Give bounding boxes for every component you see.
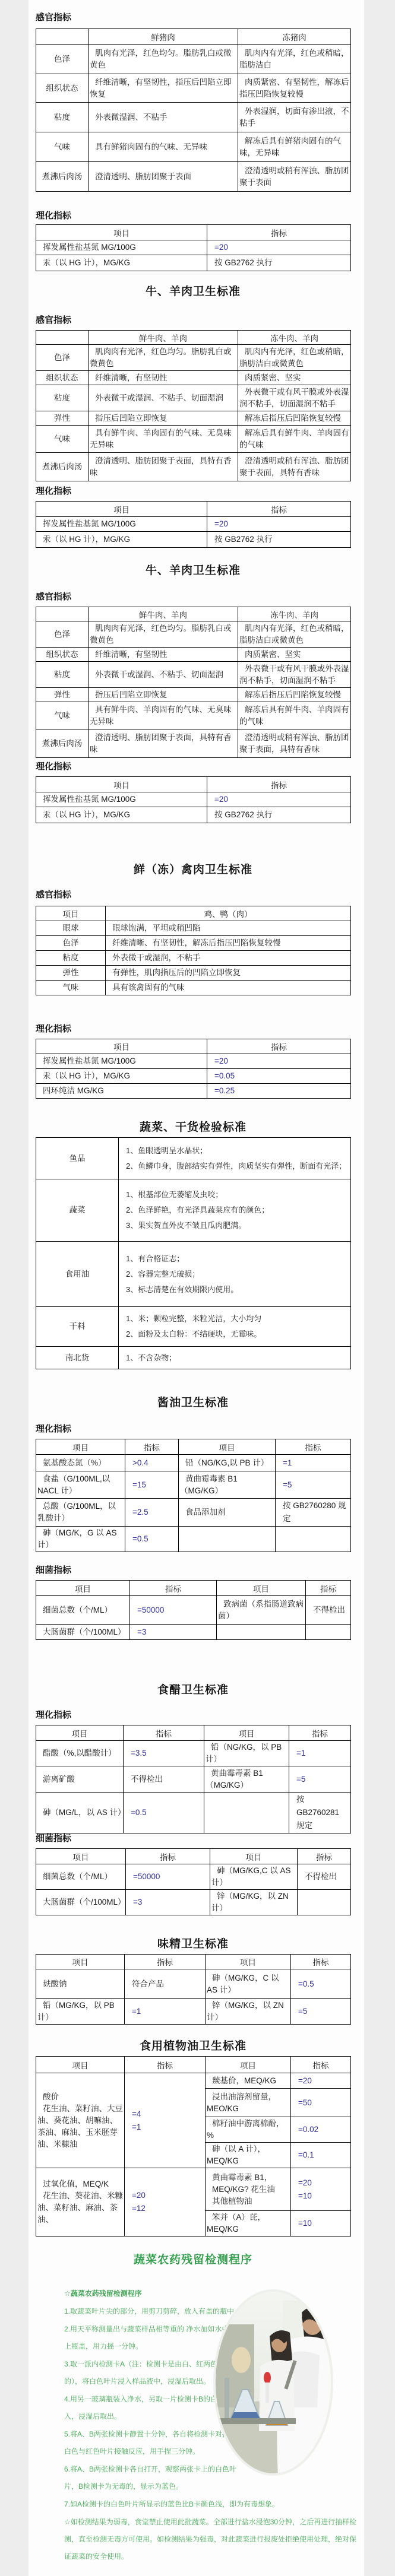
table-cell: 指标 (207, 502, 351, 517)
table-cell: 组织状态 (36, 371, 89, 385)
title-vinegar: 食醋卫生标准 (36, 1681, 350, 1697)
table-cell: 指标 (276, 1439, 351, 1455)
table-cell: 汞（以 HG 计），MG/KG (36, 532, 207, 548)
table-cell: 外表微干或湿润、不粘手、切面湿润 (89, 662, 238, 688)
beef-sensory-table-1: 鲜牛肉、羊肉冻牛肉、羊肉色泽肌肉肉有光泽，红色均匀。脂肪乳白或微黄色肌肉内有光泽… (36, 330, 350, 481)
table-cell: 冻猪肉 (238, 29, 351, 45)
table-cell: 澄清透明或稍有浑浊、脂肪团聚于表面，具特有香味 (238, 729, 351, 758)
table-cell: =1 (289, 1741, 351, 1766)
table-cell: =5 (289, 1766, 351, 1793)
table-cell: =3.5 (124, 1741, 204, 1766)
table-cell: 按 GB2762 执行 (207, 807, 351, 823)
section-heading-bacteria: 细菌指标 (36, 1832, 350, 1844)
table-cell: 1、有合格证志；2、容器完整无破损；3、标志清楚在有效期限内使用。 (119, 1242, 351, 1307)
table-cell (36, 331, 89, 345)
table-cell: 砷（MG/K，G 以 AS 计） (36, 1527, 125, 1552)
table-cell: 指压后凹陷立即恢复 (89, 411, 238, 426)
oil-standard-table-grid: 项目指标项目指标酸价花生油、菜籽油、大豆油、葵花油、胡嘛油、茶油、麻油、玉米胚芽… (36, 2056, 351, 2236)
lab-photo (213, 2289, 334, 2476)
table-cell: =20 (207, 517, 351, 532)
vinegar-bacteria-table: 项目指标项目指标细菌总数（个/ML）=50000砷（MG/KG,C 以 AS 计… (36, 1848, 350, 1915)
table-cell: 解冻后具有鲜牛肉、羊肉固有的气味 (238, 702, 351, 729)
table-cell: =50000 (126, 1864, 210, 1890)
table-cell: 指标 (124, 1725, 204, 1741)
table-cell: 色泽 (36, 621, 89, 648)
table-cell: 有弹性，肌肉指压后的凹陷立即恢复 (106, 966, 351, 981)
table-cell: 项目 (36, 1955, 125, 1969)
table-cell: 砷（以 A 计），MEQ/KG (206, 2143, 291, 2168)
beef-physchem-table-2: 项目指标挥发属性盐基氮 MG/100G=20汞（以 HG 计），MG/KG按 G… (36, 776, 350, 823)
pork-physchem-table-grid: 项目指标挥发属性盐基氮 MG/100G=20汞（以 HG 计），MG/KG按 G… (36, 224, 351, 271)
table-cell: =0.25 (207, 1084, 351, 1099)
table-cell: =0.1 (291, 2143, 351, 2168)
table-cell: 锌（MG/KG，以 ZN 计） (210, 1890, 298, 1915)
table-cell: 组织状态 (36, 648, 89, 662)
table-cell: 外表微干或湿润，不粘手 (106, 951, 351, 966)
table-cell: =5 (291, 1999, 351, 2025)
table-cell: 符合产品 (125, 1969, 206, 1999)
table-cell: 气味 (36, 426, 89, 453)
table-cell: 肉质紧密、有坚韧性，解冻后指压凹陷恢复较慢 (238, 74, 351, 103)
title-msg: 味精卫生标准 (36, 1935, 350, 1951)
table-cell: 砷（MG/L，以 AS 计） (36, 1793, 124, 1833)
table-cell: 色泽 (36, 45, 89, 74)
lab-photo-image (213, 2289, 334, 2476)
table-cell: =20 (207, 240, 351, 255)
poultry-sensory-table: 项目鸡、鸭（肉）眼球眼球饱满，平坦或稍凹陷色泽纤维清晰、有坚韧性，解冻后指压凹陷… (36, 906, 350, 995)
table-cell: 气味 (36, 981, 106, 995)
table-cell: =1 (276, 1455, 351, 1471)
table-cell: 外表微干或有风干膜或外表湿润不粘手，切面湿润不粘手 (238, 385, 351, 411)
table-cell: 不得检出 (298, 1864, 351, 1890)
table-cell (179, 1527, 276, 1552)
table-cell: 细菌总数（个/ML） (36, 1864, 126, 1890)
table-cell: 指标 (126, 1849, 210, 1864)
table-cell (36, 607, 89, 621)
table-cell: 外表微湿润、不粘手 (89, 103, 238, 132)
table-cell: 肉质紧密、坚实 (238, 648, 351, 662)
table-cell: 1、鱼眼透明呈水晶状；2、鱼鳞巾身，腹部结实有弹性，肉质坚实有弹性，断面有光泽； (119, 1138, 351, 1179)
table-cell: 四环纯洁 MG/KG (36, 1084, 207, 1099)
table-cell: 项目 (36, 2057, 125, 2073)
table-cell: 指标 (207, 225, 351, 240)
table-cell: 羰基价，MEQ/KG (206, 2073, 291, 2089)
table-cell: 游离矿酸 (36, 1766, 124, 1793)
table-cell: 指标 (291, 1955, 351, 1969)
table-cell: 食品添加剂 (179, 1499, 276, 1527)
poultry-physchem-table: 项目指标挥发属性盐基氮 MG/100G=20汞（以 HG 计），MG/KG=0.… (36, 1039, 350, 1099)
section-heading-sensory: 感官指标 (36, 590, 350, 602)
table-cell: 澄清透明、脂肪团聚于表面，具特有香味 (89, 729, 238, 758)
table-cell: 1、不含杂物； (119, 1347, 351, 1369)
table-cell: 汞（以 HG 计），MG/KG (36, 807, 207, 823)
vinegar-bacteria-table-grid: 项目指标项目指标细菌总数（个/ML）=50000砷（MG/KG,C 以 AS 计… (36, 1848, 351, 1915)
beef-physchem-table-1-grid: 项目指标挥发属性盐基氮 MG/100G=20汞（以 HG 计），MG/KG按 G… (36, 501, 351, 548)
table-cell: =20 (207, 1054, 351, 1069)
table-cell: 项目 (210, 1849, 298, 1864)
table-cell: 项目 (206, 1955, 291, 1969)
title-pesticide-procedure: 蔬菜农药残留检测程序 (36, 2251, 350, 2267)
table-cell: =10 (291, 2211, 351, 2236)
table-cell: 指标 (207, 1039, 351, 1054)
table-cell: 冻牛肉、羊肉 (238, 607, 351, 621)
table-cell: 项目 (204, 1725, 289, 1741)
table-cell: 解冻后指压后凹陷恢复较慢 (238, 688, 351, 702)
table-cell: 黄曲霉毒素 B1（MG/KG） (204, 1766, 289, 1793)
table-cell: 气味 (36, 702, 89, 729)
beef-sensory-table-2: 鲜牛肉、羊肉冻牛肉、羊肉色泽肌肉肉有光泽，红色均匀。脂肪乳白或微黄色肌肉内有光泽… (36, 607, 350, 758)
table-cell: =15 (125, 1471, 179, 1499)
table-cell: 澄清透明或稍有浑浊、脂肪团聚于表面，具特有香味 (238, 453, 351, 481)
pork-sensory-table: 鲜猪肉冻猪肉色泽肌肉有光泽，红色均匀。脂肪乳白或微黄色肌肉内有光泽，红色或稍暗，… (36, 28, 350, 192)
table-cell: 棉籽油中游离棉酚，% (206, 2117, 291, 2143)
table-cell: 粘度 (36, 385, 89, 411)
section-heading-physchem: 理化指标 (36, 1422, 350, 1435)
table-cell: 粘度 (36, 951, 106, 966)
table-cell: 干料 (36, 1307, 119, 1347)
document-page: 感官指标 鲜猪肉冻猪肉色泽肌肉有光泽，红色均匀。脂肪乳白或微黄色肌肉内有光泽，红… (0, 0, 395, 2576)
table-cell: 鲜牛肉、羊肉 (89, 607, 238, 621)
table-cell: 黄曲霉毒素 B1（MG/KG） (179, 1471, 276, 1499)
table-cell: 项目 (36, 1039, 207, 1054)
table-cell: =20=12 (125, 2168, 206, 2236)
table-cell: 醋酸（%,以醋酸计） (36, 1741, 124, 1766)
section-heading-sensory: 感官指标 (36, 11, 350, 23)
table-cell: 煮沸后肉汤 (36, 729, 89, 758)
table-cell: 致病菌（系指肠道致病菌） (217, 1596, 306, 1625)
beef-sensory-table-1-grid: 鲜牛肉、羊肉冻牛肉、羊肉色泽肌肉肉有光泽，红色均匀。脂肪乳白或微黄色肌肉内有光泽… (36, 330, 351, 481)
title-edible-oil: 食用植物油卫生标准 (36, 2037, 350, 2053)
table-cell: 冻牛肉、羊肉 (238, 331, 351, 345)
oil-standard-table: 项目指标项目指标酸价花生油、菜籽油、大豆油、葵花油、胡嘛油、茶油、麻油、玉米胚芽… (36, 2056, 350, 2236)
table-cell: 弹性 (36, 411, 89, 426)
title-beef-mutton-1: 牛、羊肉卫生标准 (36, 283, 350, 299)
title-veg-drygoods: 蔬菜、干货检验标准 (36, 1118, 350, 1134)
table-cell: 肌肉肉有光泽，红色均匀。脂肪乳白或微黄色 (89, 621, 238, 648)
table-cell: 按 GB2760280 规定 (276, 1499, 351, 1527)
table-cell: 不得检出 (124, 1766, 204, 1793)
table-cell: 纤维清晰，有坚韧性 (89, 648, 238, 662)
table-cell: =4=1 (125, 2073, 206, 2168)
table-cell: 解冻后具有鲜牛肉、羊肉固有的气味 (238, 426, 351, 453)
table-cell: 指标 (291, 2057, 351, 2073)
table-cell: =0.5 (125, 1527, 179, 1552)
table-cell: 麸酸钠 (36, 1969, 125, 1999)
table-cell: 眼球饱满，平坦或稍凹陷 (106, 921, 351, 936)
table-cell: 具有鲜牛肉、羊肉固有的气味、无臭味无异味 (89, 426, 238, 453)
soy-bacteria-table: 项目指标项目指标细菌总数（个/ML）=50000致病菌（系指肠道致病菌）不得检出… (36, 1580, 350, 1640)
table-cell: =0.5 (124, 1793, 204, 1833)
table-cell: 不得检出 (306, 1596, 351, 1625)
table-cell: 指标 (306, 1581, 351, 1596)
table-cell: =0.05 (207, 1069, 351, 1084)
title-soy-sauce: 酱油卫生标准 (36, 1394, 350, 1410)
table-cell: 澄清透明、脂肪团聚于表面，具特有香味 (89, 453, 238, 481)
soy-physchem-table: 项目指标项目指标氨基酸态氮（%）>0.4铅（NG/KG,以 PB 计）=1食盐（… (36, 1439, 350, 1552)
vinegar-physchem-table-grid: 项目指标项目指标醋酸（%,以醋酸计）=3.5铅（NG/KG，以 PB 计）=1游… (36, 1725, 351, 1833)
table-cell: 纤维清晰，有坚韧性，指压后凹陷立即恢复 (89, 74, 238, 103)
table-cell: 挥发属性盐基氮 MG/100G (36, 1054, 207, 1069)
table-cell: 食用油 (36, 1242, 119, 1307)
table-cell: 笨并（A）芘，MEQ/KG (206, 2211, 291, 2236)
table-cell: 外表微干或有风干膜或外表湿润不粘手，切面湿润不粘手 (238, 662, 351, 688)
section-heading-sensory: 感官指标 (36, 888, 350, 900)
table-cell: 弹性 (36, 688, 89, 702)
table-cell: 具有鲜牛肉、羊肉固有的气味、无臭味无异味 (89, 702, 238, 729)
table-cell: =0.02 (291, 2117, 351, 2143)
table-cell: 指标 (125, 1955, 206, 1969)
table-cell: 肌肉有光泽，红色均匀。脂肪乳白或微黄色 (89, 45, 238, 74)
table-cell: 项目 (36, 1581, 130, 1596)
table-cell: 汞（以 HG 计），MG/KG (36, 255, 207, 271)
msg-physchem-table: 项目指标项目指标麸酸钠符合产品砷（MG/KG，C 以 AS 计）=0.5铅（MG… (36, 1954, 350, 2025)
table-cell: 指压后凹陷立即恢复 (89, 688, 238, 702)
table-cell (298, 1890, 351, 1915)
table-cell: =50 (291, 2089, 351, 2117)
table-cell (204, 1793, 289, 1833)
table-cell: 按 GB2762 执行 (207, 532, 351, 548)
table-cell: 指标 (130, 1581, 217, 1596)
table-cell: 项目 (36, 777, 207, 792)
table-cell (306, 1625, 351, 1640)
table-cell: 具有鲜猪肉固有的气味、无异味 (89, 132, 238, 162)
table-cell: 铅（MG/KG，以 PB 计） (36, 1999, 125, 2025)
section-heading-physchem: 理化指标 (36, 209, 350, 221)
table-cell: 蔬菜 (36, 1179, 119, 1242)
table-cell: 鲜猪肉 (89, 29, 238, 45)
table-cell: 食盐（G/100ML,以 NACL 计） (36, 1471, 125, 1499)
veg-inspection-table-grid: 鱼品1、鱼眼透明呈水晶状；2、鱼鳞巾身，腹部结实有弹性，肉质坚实有弹性，断面有光… (36, 1137, 351, 1369)
table-cell: 1、根基部位无萎缩及虫咬；2、色泽鲜艳，有光泽具蔬菜应有的颜色；3、果实贺直外皮… (119, 1179, 351, 1242)
table-cell: 项目 (179, 1439, 276, 1455)
pork-physchem-table: 项目指标挥发属性盐基氮 MG/100G=20汞（以 HG 计），MG/KG按 G… (36, 224, 350, 271)
table-cell: 澄清透明或稍有浑浊、脂肪团聚于表面 (238, 162, 351, 192)
veg-inspection-table: 鱼品1、鱼眼透明呈水晶状；2、鱼鳞巾身，腹部结实有弹性，肉质坚实有弹性，断面有光… (36, 1137, 350, 1369)
table-cell: 组织状态 (36, 74, 89, 103)
table-cell: =50000 (130, 1596, 217, 1625)
table-cell: 锌（MG/KG，以 ZN 计） (206, 1999, 291, 2025)
table-cell: =20 (291, 2073, 351, 2089)
table-cell (217, 1625, 306, 1640)
table-cell: 煮沸后肉汤 (36, 453, 89, 481)
table-cell: 外表微干或湿润、不粘手、切面湿润 (89, 385, 238, 411)
table-cell: 黄曲霉毒素 B1，MEQ/KG? 花生油其他植物油 (206, 2168, 291, 2211)
table-cell: 鸡、鸭（肉） (106, 906, 351, 921)
table-cell: 砷（MG/KG,C 以 AS 计） (210, 1864, 298, 1890)
table-cell: 气味 (36, 132, 89, 162)
table-cell: 纤维清晰，有坚韧性 (89, 371, 238, 385)
table-cell: 按 GB2762 执行 (207, 255, 351, 271)
table-cell: 煮沸后肉汤 (36, 162, 89, 192)
section-heading-bacteria: 细菌指标 (36, 1563, 350, 1576)
table-cell: 大肠菌群（个/100ML） (36, 1625, 130, 1640)
table-cell: =20 (207, 792, 351, 807)
table-cell: 项目 (36, 1439, 125, 1455)
table-cell: 汞（以 HG 计），MG/KG (36, 1069, 207, 1084)
table-cell: 酸价花生油、菜籽油、大豆油、葵花油、胡嘛油、茶油、麻油、玉米胚芽油、米糠油 (36, 2073, 125, 2168)
table-cell: 肌肉内有光泽，红色或稍暗，脂肪洁白或微黄色 (238, 345, 351, 371)
table-cell: 鱼品 (36, 1138, 119, 1179)
table-cell (276, 1527, 351, 1552)
section-heading-physchem: 理化指标 (36, 484, 350, 497)
table-cell: 项目 (36, 1849, 126, 1864)
table-cell: >0.4 (125, 1455, 179, 1471)
soy-physchem-table-grid: 项目指标项目指标氨基酸态氮（%）>0.4铅（NG/KG,以 PB 计）=1食盐（… (36, 1439, 351, 1552)
table-cell: 项目 (36, 502, 207, 517)
table-cell: 砷（MG/KG，C 以 AS 计） (206, 1969, 291, 1999)
table-cell: 澄清透明、脂肪团聚于表面 (89, 162, 238, 192)
poultry-physchem-table-grid: 项目指标挥发属性盐基氮 MG/100G=20汞（以 HG 计），MG/KG=0.… (36, 1039, 351, 1099)
table-cell: 挥发属性盐基氮 MG/100G (36, 240, 207, 255)
table-cell: 纤维清晰、有坚韧性，解冻后指压凹陷恢复较慢 (106, 936, 351, 951)
table-cell: 鲜牛肉、羊肉 (89, 331, 238, 345)
table-cell: 总酸（G/100ML，以乳酸计） (36, 1499, 125, 1527)
table-cell: 眼球 (36, 921, 106, 936)
beef-physchem-table-1: 项目指标挥发属性盐基氮 MG/100G=20汞（以 HG 计），MG/KG按 G… (36, 501, 350, 548)
table-cell: 肌肉内有光泽，红色或稍暗，脂肪洁白 (238, 45, 351, 74)
table-cell: 解冻后指压后凹陷恢复较慢 (238, 411, 351, 426)
table-cell: =5 (276, 1471, 351, 1499)
section-heading-physchem: 理化指标 (36, 760, 350, 772)
pork-sensory-table-grid: 鲜猪肉冻猪肉色泽肌肉有光泽，红色均匀。脂肪乳白或微黄色肌肉内有光泽，红色或稍暗，… (36, 28, 351, 192)
table-cell (36, 29, 89, 45)
table-cell: 具有该禽固有的气味 (106, 981, 351, 995)
table-cell: =3 (130, 1625, 217, 1640)
table-cell: 指标 (207, 777, 351, 792)
table-cell: 项目 (36, 1725, 124, 1741)
table-cell: =0.5 (291, 1969, 351, 1999)
table-cell: 肌肉肉有光泽，红色均匀。脂肪乳白或微黄色 (89, 345, 238, 371)
table-cell: =20=10 (291, 2168, 351, 2211)
soy-bacteria-table-grid: 项目指标项目指标细菌总数（个/ML）=50000致病菌（系指肠道致病菌）不得检出… (36, 1580, 351, 1640)
poultry-sensory-table-grid: 项目鸡、鸭（肉）眼球眼球饱满，平坦或稍凹陷色泽纤维清晰、有坚韧性，解冻后指压凹陷… (36, 906, 351, 995)
title-poultry: 鲜（冻）禽肉卫生标准 (36, 861, 350, 877)
table-cell: 项目 (36, 906, 106, 921)
table-cell: 指标 (125, 2057, 206, 2073)
table-cell: 按 GB2760281 规定 (289, 1793, 351, 1833)
table-cell: 南北货 (36, 1347, 119, 1369)
beef-physchem-table-2-grid: 项目指标挥发属性盐基氮 MG/100G=20汞（以 HG 计），MG/KG按 G… (36, 776, 351, 823)
table-cell: 粘度 (36, 662, 89, 688)
table-cell: =1 (125, 1999, 206, 2025)
table-cell: 挥发属性盐基氮 MG/100G (36, 792, 207, 807)
table-cell: 大肠菌群（个/100ML） (36, 1890, 126, 1915)
table-cell: 项目 (36, 225, 207, 240)
vinegar-physchem-table: 项目指标项目指标醋酸（%,以醋酸计）=3.5铅（NG/KG，以 PB 计）=1游… (36, 1725, 350, 1833)
table-cell: 外表湿润，切面有渗出液，不粘手 (238, 103, 351, 132)
section-heading-physchem: 理化指标 (36, 1708, 350, 1721)
table-cell: 挥发属性盐基氮 MG/100G (36, 517, 207, 532)
table-cell: 铅（NG/KG，以 PB 计） (204, 1741, 289, 1766)
table-cell: 色泽 (36, 936, 106, 951)
table-cell: 指标 (298, 1849, 351, 1864)
table-cell: 过氧化值，MEQ/K花生油、葵花油、米糠油、菜籽油、麻油、茶油、 (36, 2168, 125, 2236)
table-cell: 项目 (206, 2057, 291, 2073)
table-cell: 肌肉内有光泽，红色或稍暗，脂肪洁白或微黄色 (238, 621, 351, 648)
table-cell: 指标 (289, 1725, 351, 1741)
procedure-line: ☆如检测结果为弱毒，食堂禁止使用此批蔬菜。全部进行盐水浸泡30分钟，之后再进行抽… (64, 2514, 361, 2565)
procedure-line: 7.如A检测卡的白色叶片所显示的蓝色比B卡颜色浅，即为有毒想象。 (64, 2496, 361, 2513)
table-cell: 色泽 (36, 345, 89, 371)
table-cell: =3 (126, 1890, 210, 1915)
table-cell: 解冻后具有鲜猪肉固有的气味，无异味 (238, 132, 351, 162)
table-cell: 铅（NG/KG,以 PB 计） (179, 1455, 276, 1471)
table-cell: 细菌总数（个/ML） (36, 1596, 130, 1625)
title-beef-mutton-2: 牛、羊肉卫生标准 (36, 561, 350, 578)
section-heading-physchem: 理化指标 (36, 1022, 350, 1035)
table-cell: 粘度 (36, 103, 89, 132)
table-cell: 浸出油溶剂留量，MEO/KG (206, 2089, 291, 2117)
table-cell: =2.5 (125, 1499, 179, 1527)
table-cell: 弹性 (36, 966, 106, 981)
table-cell: 指标 (125, 1439, 179, 1455)
table-cell: 肉质紧密、坚实 (238, 371, 351, 385)
section-heading-sensory: 感官指标 (36, 313, 350, 326)
table-cell: 项目 (217, 1581, 306, 1596)
table-cell: 1、米；颗粒完整，米粒光洁，大小均匀2、面粉及太白粉：不结硬块，无霉味。 (119, 1307, 351, 1347)
table-cell: 氨基酸态氮（%） (36, 1455, 125, 1471)
msg-physchem-table-grid: 项目指标项目指标麸酸钠符合产品砷（MG/KG，C 以 AS 计）=0.5铅（MG… (36, 1954, 351, 2025)
beef-sensory-table-2-grid: 鲜牛肉、羊肉冻牛肉、羊肉色泽肌肉肉有光泽，红色均匀。脂肪乳白或微黄色肌肉内有光泽… (36, 607, 351, 758)
